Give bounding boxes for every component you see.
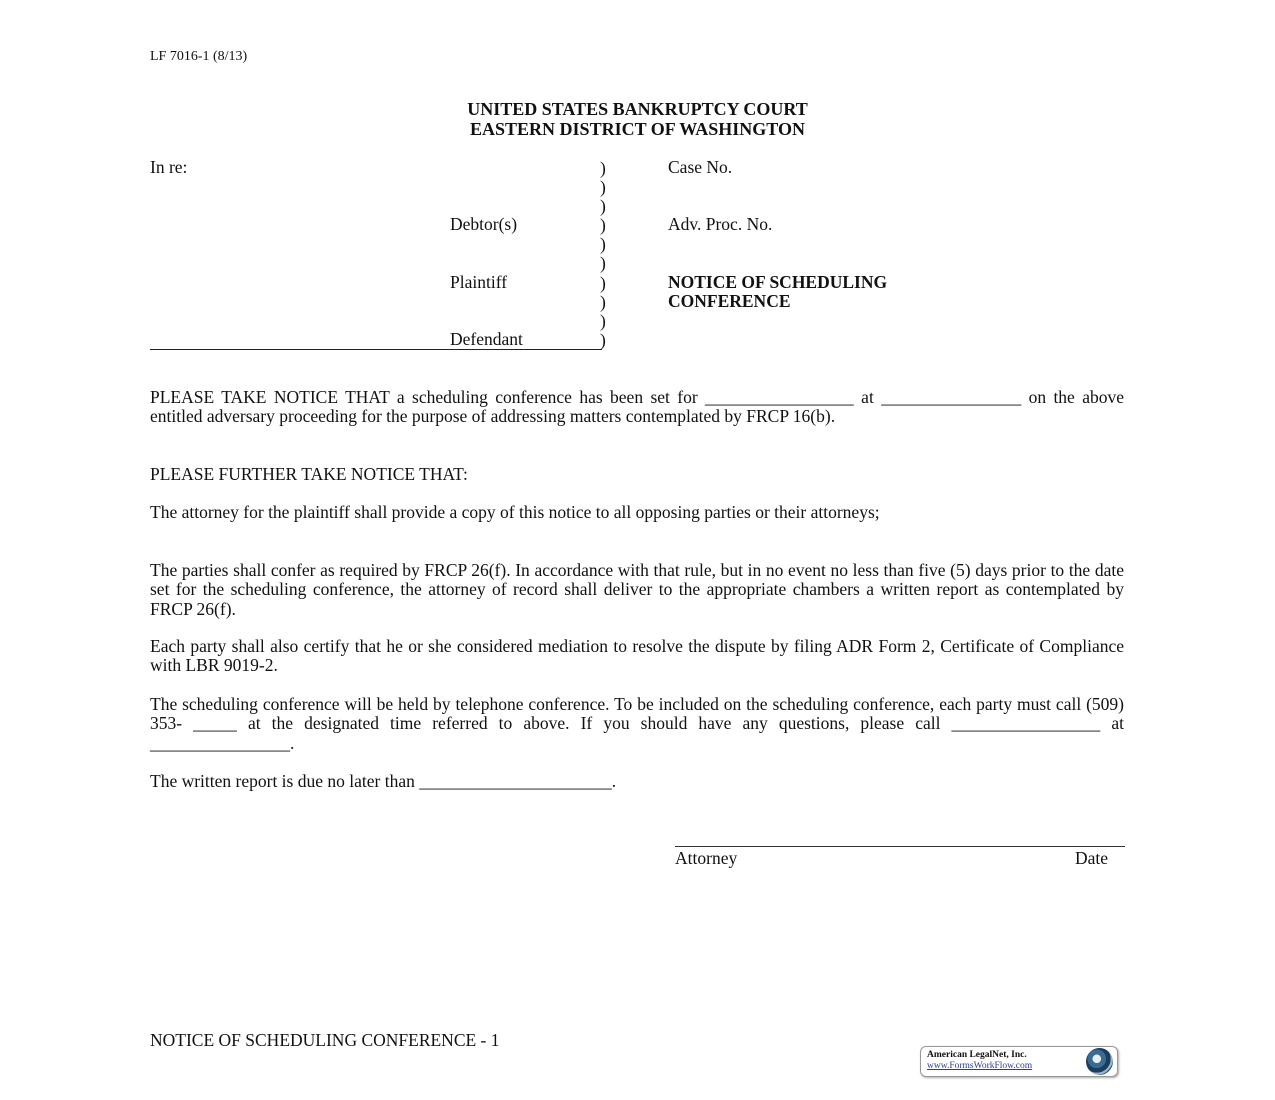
- bracket: ): [600, 292, 606, 313]
- caption-rule: [150, 349, 602, 350]
- paragraph-further-notice: PLEASE FURTHER TAKE NOTICE THAT:: [150, 465, 1124, 484]
- paragraph-telephone: The scheduling conference will be held b…: [150, 695, 1124, 753]
- footer-title: NOTICE OF SCHEDULING CONFERENCE - 1: [150, 1030, 500, 1051]
- badge-company: American LegalNet, Inc.: [927, 1050, 1027, 1060]
- signature-line: [675, 846, 1125, 847]
- court-district: EASTERN DISTRICT OF WASHINGTON: [0, 119, 1275, 139]
- bracket: ): [600, 234, 606, 255]
- globe-icon: [1086, 1048, 1113, 1075]
- court-name: UNITED STATES BANKRUPTCY COURT: [0, 99, 1275, 119]
- adv-proc-no-label: Adv. Proc. No.: [668, 215, 772, 234]
- paragraph-mediation: Each party shall also certify that he or…: [150, 637, 1124, 676]
- paragraph-report-due: The written report is due no later than …: [150, 772, 1124, 791]
- badge-url-link[interactable]: www.FormsWorkFlow.com: [927, 1061, 1032, 1071]
- debtor-label: Debtor(s): [450, 215, 517, 234]
- bracket: ): [600, 273, 606, 294]
- date-label: Date: [1075, 848, 1108, 869]
- bracket: ): [600, 253, 606, 274]
- document-title-line2: CONFERENCE: [668, 292, 791, 311]
- bracket: ): [600, 311, 606, 332]
- bracket: ): [600, 330, 606, 351]
- form-id: LF 7016-1 (8/13): [150, 49, 247, 65]
- attorney-label: Attorney: [675, 848, 737, 869]
- case-no-label: Case No.: [668, 158, 732, 177]
- in-re-label: In re:: [150, 158, 187, 177]
- bracket: ): [600, 177, 606, 198]
- bracket: ): [600, 158, 606, 179]
- paragraph-attorney-copy: The attorney for the plaintiff shall pro…: [150, 503, 1124, 522]
- plaintiff-label: Plaintiff: [450, 273, 507, 292]
- bracket: ): [600, 196, 606, 217]
- bracket: ): [600, 215, 606, 236]
- defendant-label: Defendant: [450, 330, 523, 349]
- paragraph-confer: The parties shall confer as required by …: [150, 561, 1124, 619]
- document-title-line1: NOTICE OF SCHEDULING: [668, 273, 887, 292]
- paragraph-notice: PLEASE TAKE NOTICE THAT a scheduling con…: [150, 388, 1124, 427]
- legalnet-badge[interactable]: American LegalNet, Inc. www.FormsWorkFlo…: [920, 1046, 1118, 1077]
